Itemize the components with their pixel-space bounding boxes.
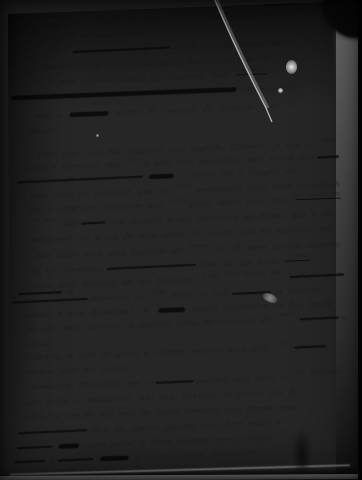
struck-text: acúmulo [156, 376, 191, 386]
interlinear-insertion: mas [152, 289, 165, 296]
handwritten-text: uma escrava e sua esperança de futuro, q… [109, 209, 336, 227]
interlinear-insertion: de reputação [297, 369, 342, 377]
handwritten-text: quero muito essa, mas [188, 196, 288, 209]
interlinear-insertion: nos [170, 198, 182, 204]
handwritten-text: portão?; mas para os [196, 373, 290, 386]
manuscript-photograph: de briga de mim e mas, fulano e trem a m… [0, 0, 362, 480]
struck-text: alegria [296, 341, 325, 351]
handwritten-text: as maiores [273, 285, 320, 296]
interlinear-insertion: amor [278, 312, 295, 319]
handwritten-text: mel de seus desejos infantis; em [213, 239, 358, 254]
handwritten-text: favor do mal [172, 289, 229, 300]
right-frame-edge [358, 0, 362, 480]
interlinear-insertion: sala [276, 341, 289, 348]
handwritten-text: devo de um fazer [199, 257, 278, 269]
white-speck [96, 134, 99, 137]
manuscript-paper: de briga de mim e mas, fulano e trem a m… [0, 0, 362, 480]
interlinear-insertion: pelos [190, 243, 207, 250]
interlinear-insertion: foi [129, 157, 138, 163]
interlinear-insertion: antes [318, 137, 336, 144]
struck-text: sussurro [301, 313, 337, 323]
handwritten-text: e maior, foi a imagem de [181, 166, 296, 179]
interlinear-insertion: e seu com abraço essa [201, 270, 284, 279]
interlinear-insertion: roce [176, 183, 191, 190]
bottom-gray-strip [0, 474, 362, 480]
handwritten-text: navios escondidos de boa morte [192, 299, 333, 313]
ink-redaction-bar [149, 174, 173, 178]
white-speck [278, 88, 283, 93]
interlinear-insertion: organza [285, 254, 311, 262]
top-edge-shadow [0, 0, 362, 110]
white-speck [286, 60, 297, 74]
ink-redaction-bar [158, 308, 184, 312]
